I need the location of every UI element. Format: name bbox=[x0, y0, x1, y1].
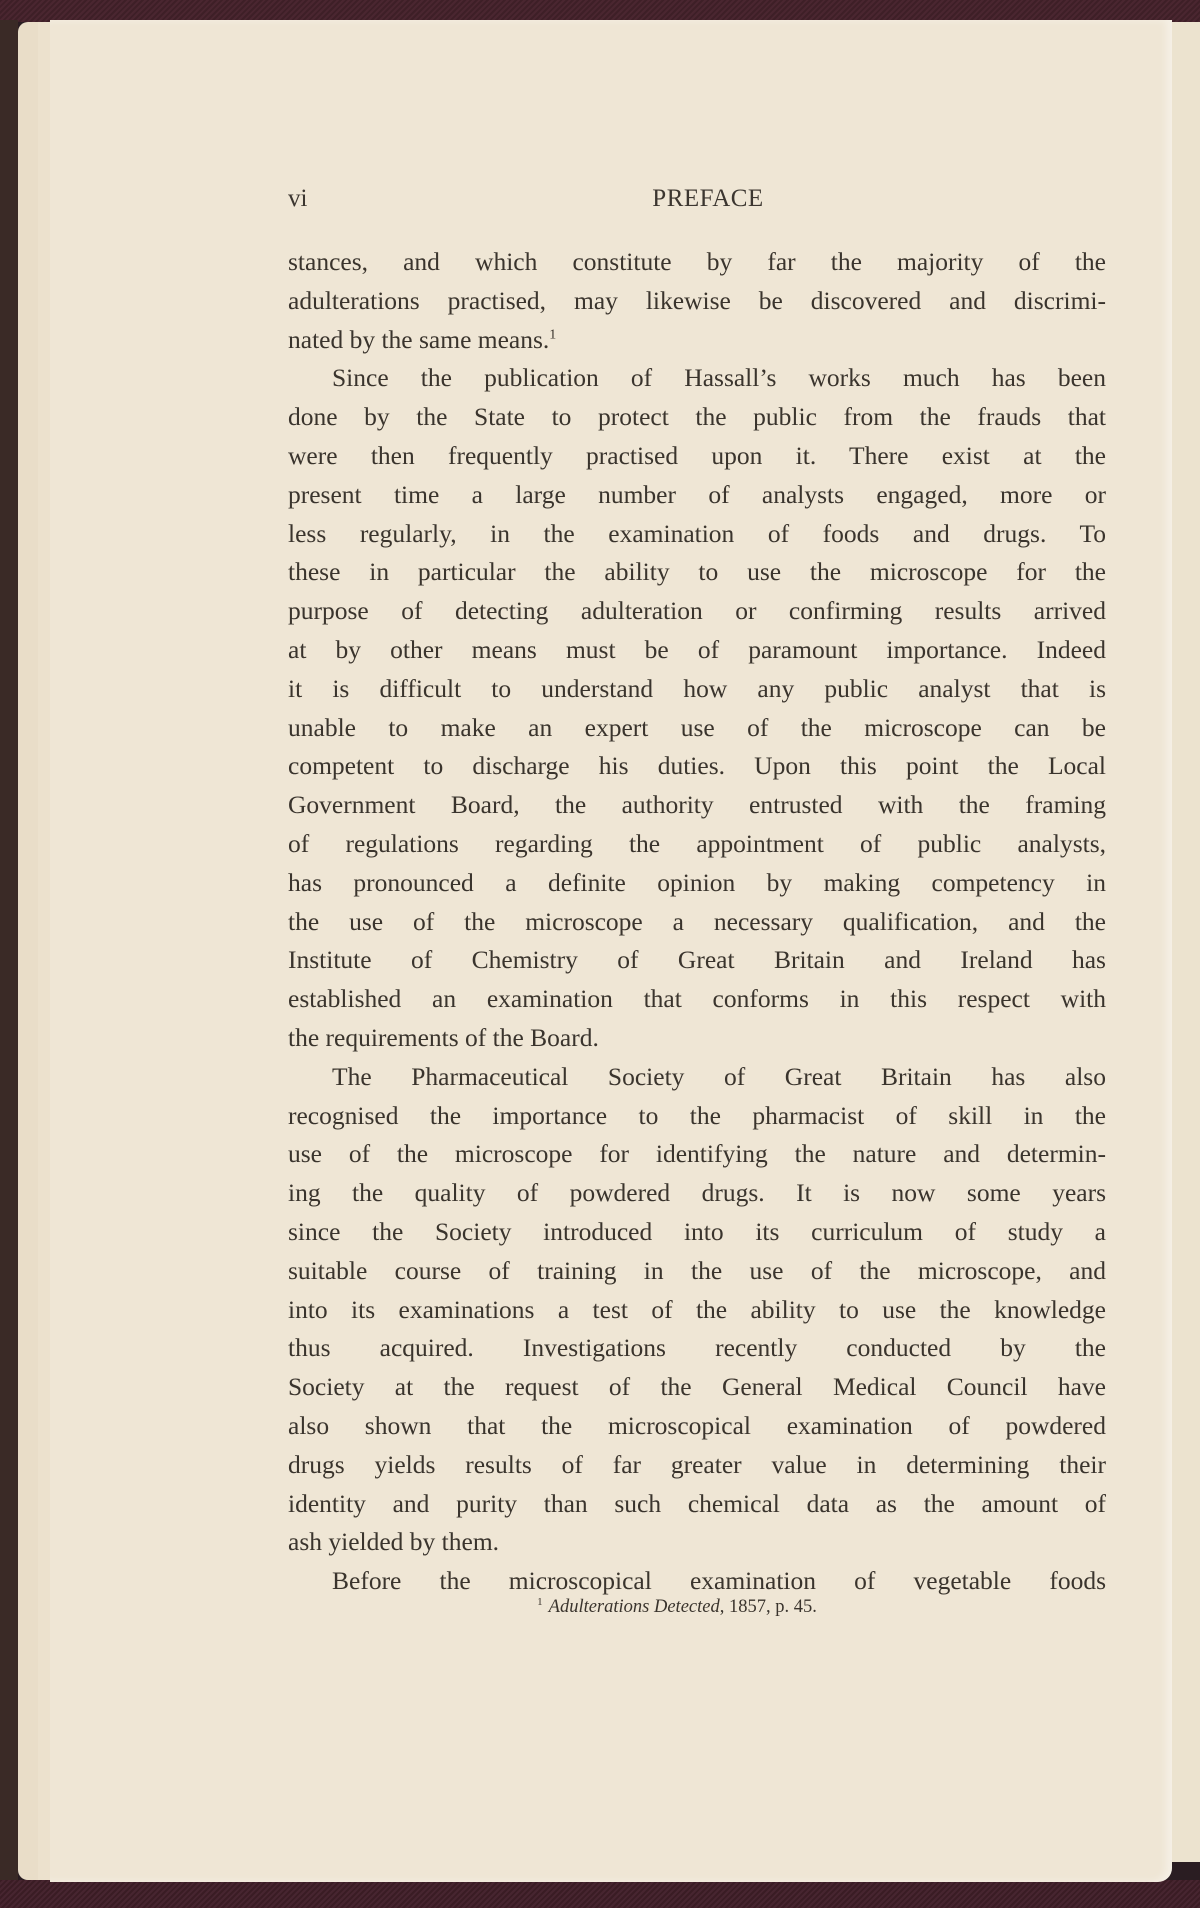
text-line: use of the microscope for identifying th… bbox=[288, 1135, 1106, 1174]
text-line: of regulations regarding the appointment… bbox=[288, 825, 1106, 864]
text-line-content: nated by the same means. bbox=[288, 325, 549, 354]
text-line-content: Society at the request of the General Me… bbox=[288, 1372, 1106, 1401]
book-cover-left-edge bbox=[0, 20, 18, 1900]
text-line-content: ing the quality of powdered drugs. It is… bbox=[288, 1178, 1106, 1207]
text-line-content: use of the microscope for identifying th… bbox=[288, 1139, 1106, 1168]
text-line: Since the publication of Hassall’s works… bbox=[288, 359, 1106, 398]
text-line-content: less regularly, in the examination of fo… bbox=[288, 519, 1106, 548]
text-line: drugs yields results of far greater valu… bbox=[288, 1446, 1106, 1485]
text-line: suitable course of training in the use o… bbox=[288, 1252, 1106, 1291]
book-cover-bottom-edge bbox=[0, 1880, 1200, 1908]
text-line-content: unable to make an expert use of the micr… bbox=[288, 713, 1106, 742]
text-line-content: these in particular the ability to use t… bbox=[288, 557, 1106, 586]
text-line: Institute of Chemistry of Great Britain … bbox=[288, 941, 1106, 980]
text-line: it is difficult to understand how any pu… bbox=[288, 670, 1106, 709]
text-line: identity and purity than such chemical d… bbox=[288, 1485, 1106, 1524]
text-line-content: at by other means must be of paramount i… bbox=[288, 635, 1106, 664]
text-line: has pronounced a definite opinion by mak… bbox=[288, 864, 1106, 903]
text-line-content: into its examinations a test of the abil… bbox=[288, 1295, 1106, 1324]
text-line-content: Before the microscopical examination of … bbox=[332, 1566, 1106, 1595]
text-line-content: thus acquired. Investigations recently c… bbox=[288, 1333, 1106, 1362]
text-line: Government Board, the authority entruste… bbox=[288, 786, 1106, 825]
text-line-content: drugs yields results of far greater valu… bbox=[288, 1450, 1106, 1479]
text-line-content: adulterations practised, may likewise be… bbox=[288, 286, 1106, 315]
text-line-content: suitable course of training in the use o… bbox=[288, 1256, 1106, 1285]
running-title: PREFACE bbox=[288, 185, 1108, 213]
body-text: stances, and which constitute by far the… bbox=[288, 243, 1106, 1601]
text-line: nated by the same means.1 bbox=[288, 321, 1106, 360]
text-line: the requirements of the Board. bbox=[288, 1019, 1106, 1058]
text-line: were then frequently practised upon it. … bbox=[288, 437, 1106, 476]
text-line: established an examination that conforms… bbox=[288, 980, 1106, 1019]
next-page-edge bbox=[1168, 22, 1200, 1862]
text-line-content: were then frequently practised upon it. … bbox=[288, 441, 1106, 470]
text-line: adulterations practised, may likewise be… bbox=[288, 282, 1106, 321]
text-line-content: established an examination that conforms… bbox=[288, 984, 1106, 1013]
text-line-content: Since the publication of Hassall’s works… bbox=[332, 363, 1106, 392]
text-line: since the Society introduced into its cu… bbox=[288, 1213, 1106, 1252]
footnote: 1Adulterations Detected, 1857, p. 45. bbox=[288, 1596, 1106, 1618]
text-line: into its examinations a test of the abil… bbox=[288, 1291, 1106, 1330]
text-line-content: has pronounced a definite opinion by mak… bbox=[288, 868, 1106, 897]
text-line: recognised the importance to the pharmac… bbox=[288, 1097, 1106, 1136]
text-line: The Pharmaceutical Society of Great Brit… bbox=[288, 1058, 1106, 1097]
text-line-content: competent to discharge his duties. Upon … bbox=[288, 751, 1106, 780]
text-line: also shown that the microscopical examin… bbox=[288, 1407, 1106, 1446]
footnote-citation: , 1857, p. 45. bbox=[720, 1597, 817, 1617]
text-line: present time a large number of analysts … bbox=[288, 476, 1106, 515]
text-line: ing the quality of powdered drugs. It is… bbox=[288, 1174, 1106, 1213]
text-line-content: Institute of Chemistry of Great Britain … bbox=[288, 945, 1106, 974]
book-cover-top-edge bbox=[0, 0, 1200, 22]
footnote-title: Adulterations Detected bbox=[549, 1597, 720, 1617]
text-line: at by other means must be of paramount i… bbox=[288, 631, 1106, 670]
text-line-content: of regulations regarding the appointment… bbox=[288, 829, 1106, 858]
text-line: less regularly, in the examination of fo… bbox=[288, 515, 1106, 554]
text-line-content: identity and purity than such chemical d… bbox=[288, 1489, 1106, 1518]
text-line-content: The Pharmaceutical Society of Great Brit… bbox=[332, 1062, 1106, 1091]
text-line-content: Government Board, the authority entruste… bbox=[288, 790, 1106, 819]
footnote-mark: 1 bbox=[537, 1596, 543, 1608]
text-line: competent to discharge his duties. Upon … bbox=[288, 747, 1106, 786]
footnote-reference: 1 bbox=[549, 327, 556, 342]
text-line: thus acquired. Investigations recently c… bbox=[288, 1329, 1106, 1368]
text-line-content: done by the State to protect the public … bbox=[288, 402, 1106, 431]
text-line-content: purpose of detecting adulteration or con… bbox=[288, 596, 1106, 625]
text-line: stances, and which constitute by far the… bbox=[288, 243, 1106, 282]
text-line-content: it is difficult to understand how any pu… bbox=[288, 674, 1106, 703]
text-line: unable to make an expert use of the micr… bbox=[288, 709, 1106, 748]
text-line-content: since the Society introduced into its cu… bbox=[288, 1217, 1106, 1246]
text-line: ash yielded by them. bbox=[288, 1523, 1106, 1562]
text-line-content: recognised the importance to the pharmac… bbox=[288, 1101, 1106, 1130]
text-line-content: stances, and which constitute by far the… bbox=[288, 247, 1106, 276]
text-line: purpose of detecting adulteration or con… bbox=[288, 592, 1106, 631]
text-line: these in particular the ability to use t… bbox=[288, 553, 1106, 592]
text-line-content: also shown that the microscopical examin… bbox=[288, 1411, 1106, 1440]
text-line-content: ash yielded by them. bbox=[288, 1527, 499, 1556]
text-line-content: the requirements of the Board. bbox=[288, 1023, 599, 1052]
text-line-content: present time a large number of analysts … bbox=[288, 480, 1106, 509]
page-header: vi PREFACE bbox=[288, 185, 1108, 225]
text-line: Society at the request of the General Me… bbox=[288, 1368, 1106, 1407]
text-line: the use of the microscope a necessary qu… bbox=[288, 903, 1106, 942]
text-line-content: the use of the microscope a necessary qu… bbox=[288, 907, 1106, 936]
text-line: done by the State to protect the public … bbox=[288, 398, 1106, 437]
